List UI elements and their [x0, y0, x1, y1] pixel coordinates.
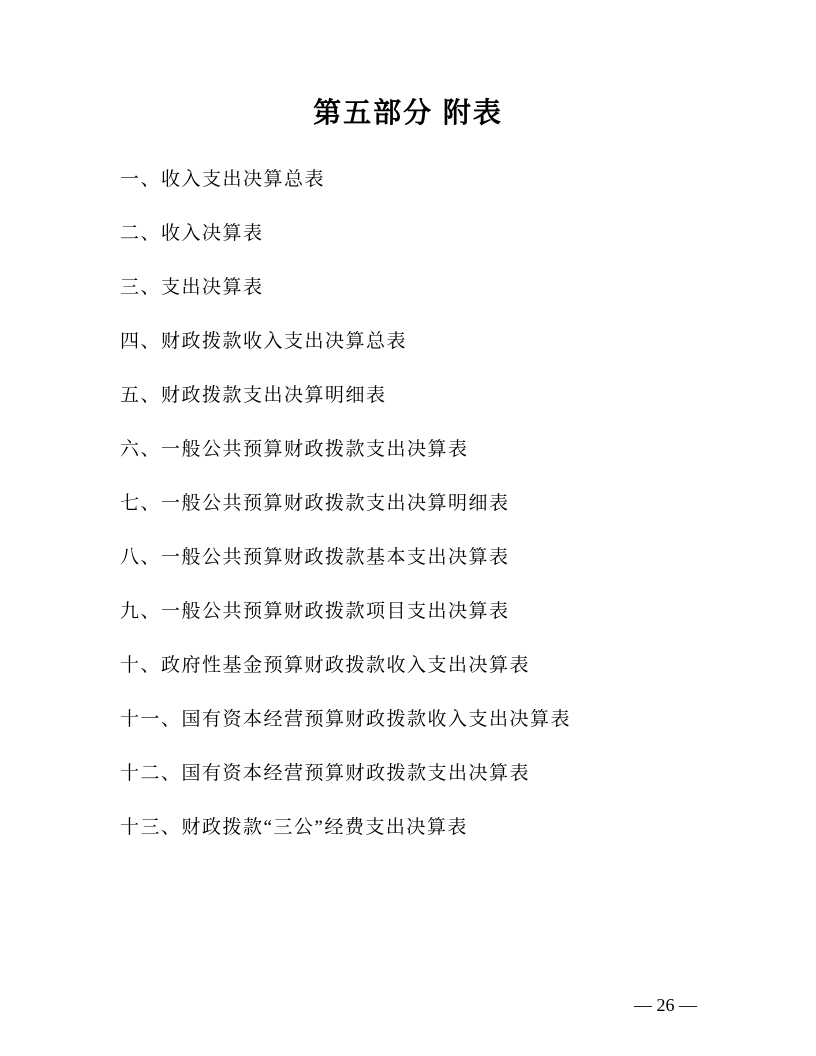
list-item: 七、一般公共预算财政拨款支出决算明细表: [120, 477, 816, 531]
list-item: 十一、国有资本经营预算财政拨款收入支出决算表: [120, 693, 816, 747]
list-item: 四、财政拨款收入支出决算总表: [120, 315, 816, 369]
list-item: 三、支出决算表: [120, 261, 816, 315]
list-item: 一、收入支出决算总表: [120, 153, 816, 207]
page-number: — 26 —: [634, 994, 697, 1016]
list-item: 十三、财政拨款“三公”经费支出决算表: [120, 801, 816, 855]
page-title: 第五部分 附表: [0, 0, 816, 130]
list-item: 十二、国有资本经营预算财政拨款支出决算表: [120, 747, 816, 801]
document-page: 第五部分 附表 一、收入支出决算总表 二、收入决算表 三、支出决算表 四、财政拨…: [0, 0, 816, 1056]
list-item: 十、政府性基金预算财政拨款收入支出决算表: [120, 639, 816, 693]
list-item: 八、一般公共预算财政拨款基本支出决算表: [120, 531, 816, 585]
list-item: 二、收入决算表: [120, 207, 816, 261]
list-item: 九、一般公共预算财政拨款项目支出决算表: [120, 585, 816, 639]
attached-tables-list: 一、收入支出决算总表 二、收入决算表 三、支出决算表 四、财政拨款收入支出决算总…: [120, 153, 816, 855]
list-item: 五、财政拨款支出决算明细表: [120, 369, 816, 423]
list-item: 六、一般公共预算财政拨款支出决算表: [120, 423, 816, 477]
